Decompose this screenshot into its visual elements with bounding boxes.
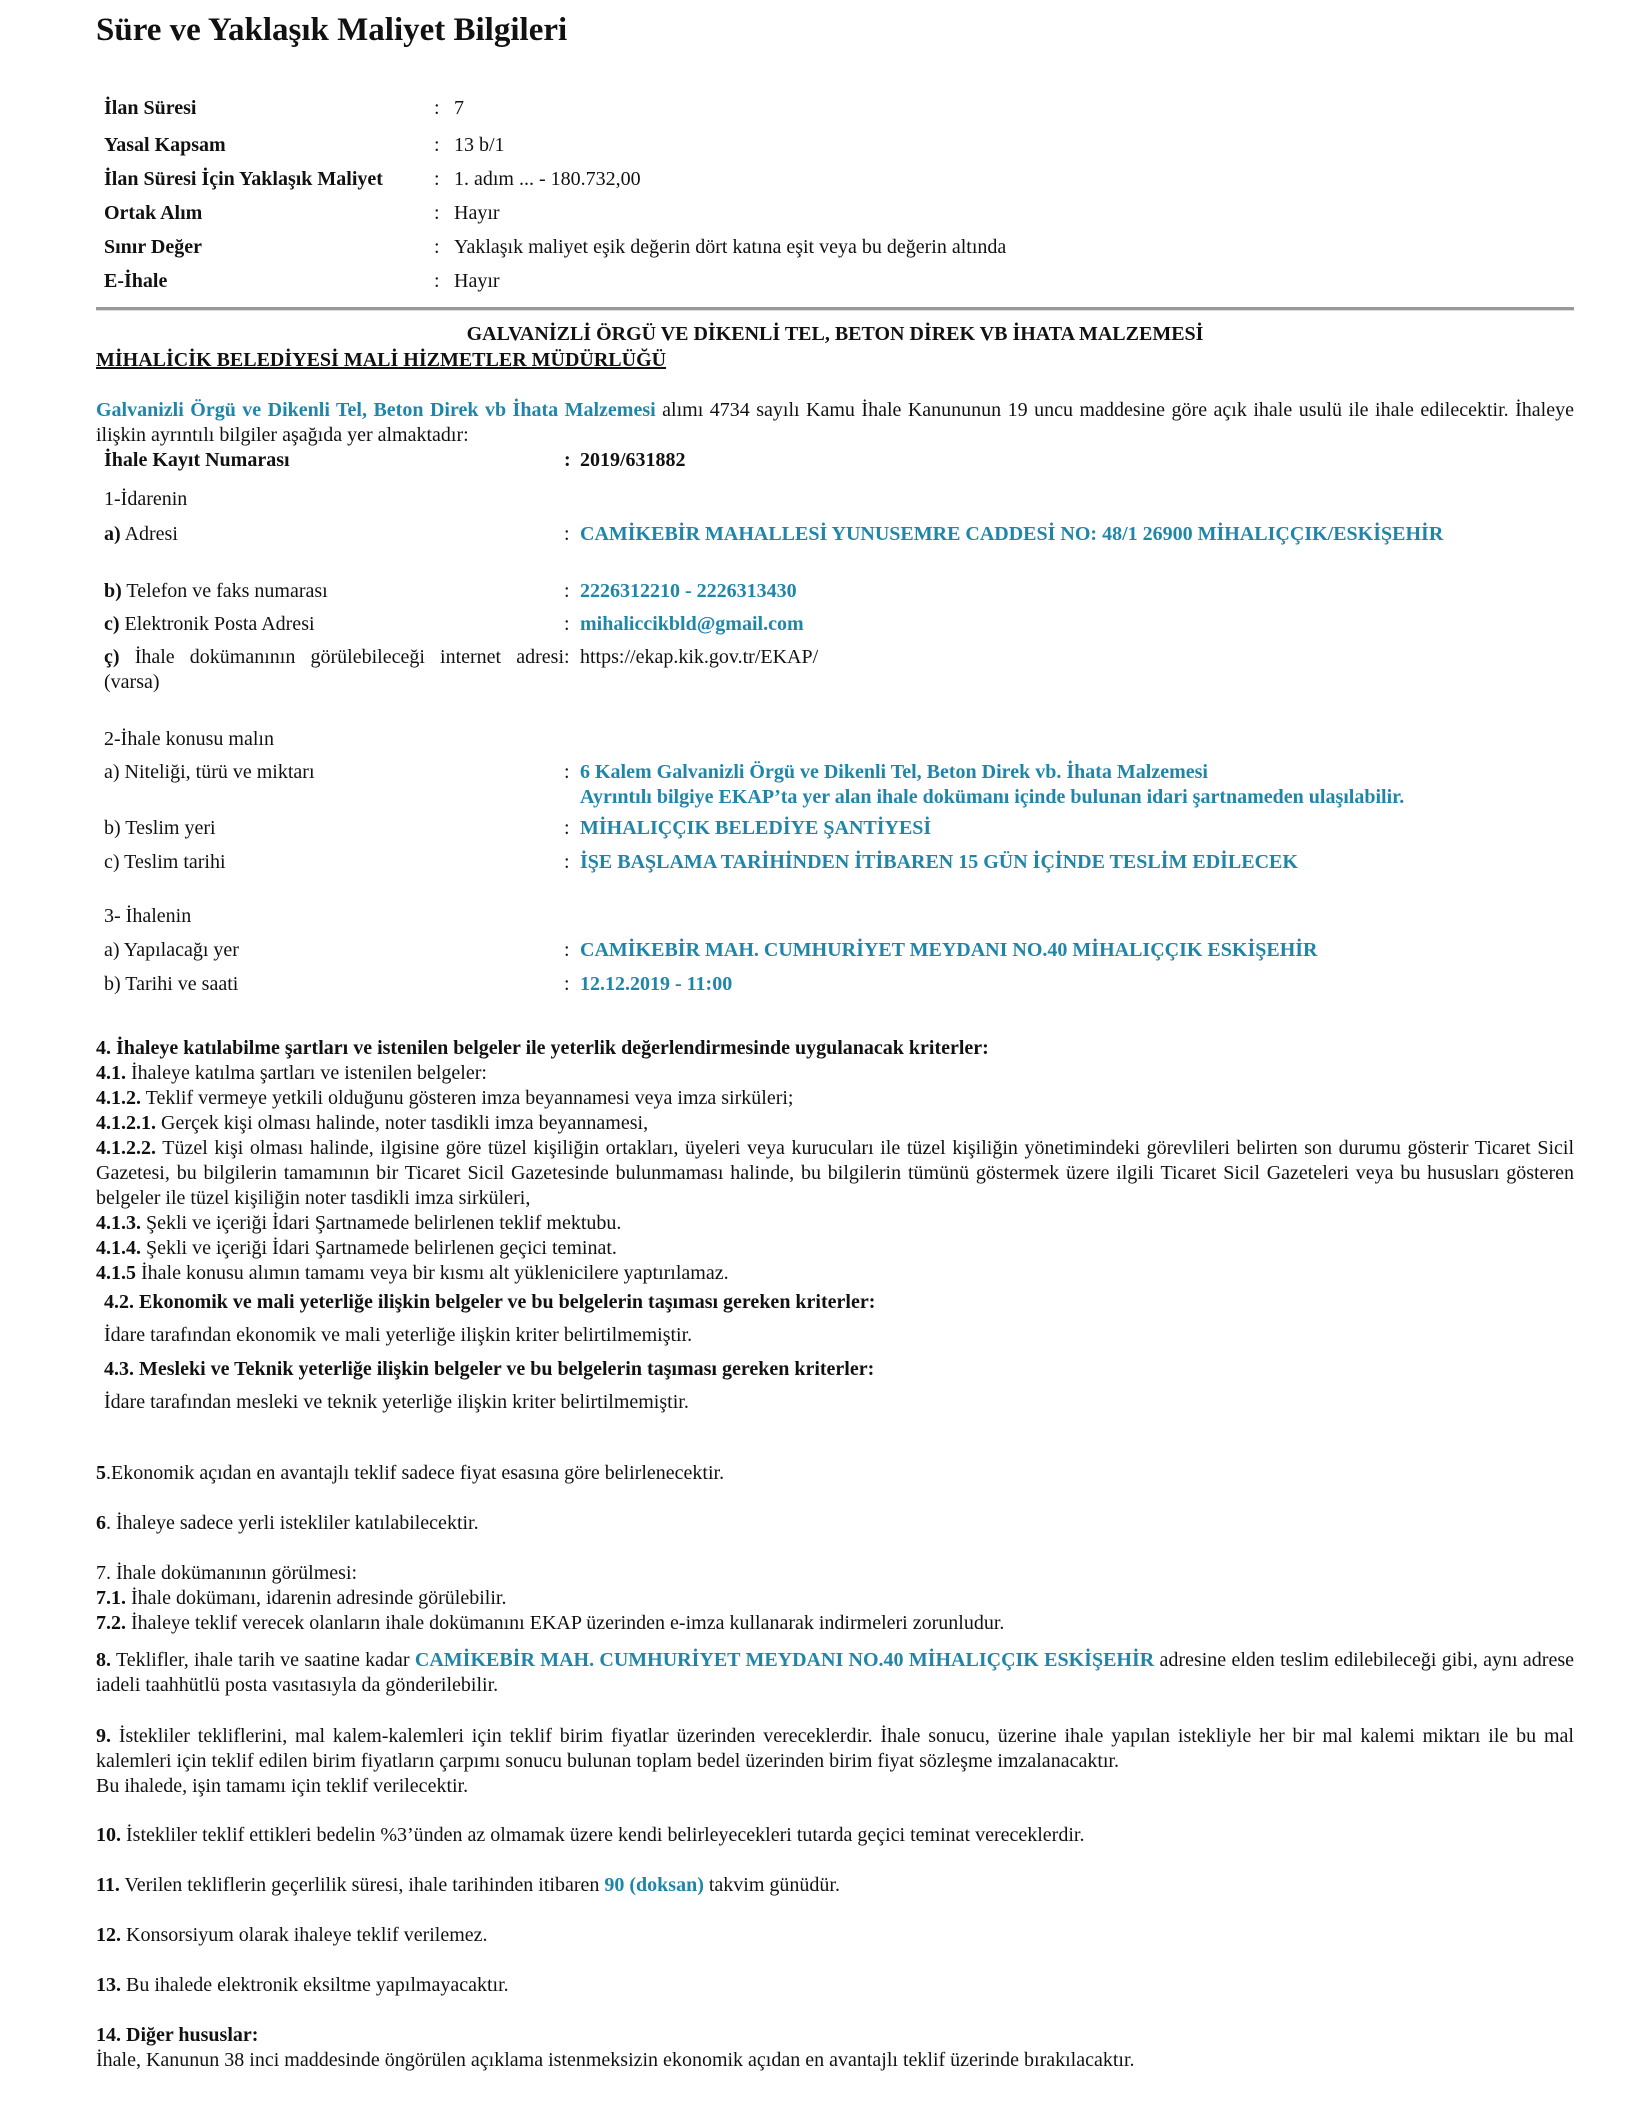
summary-value: Hayır xyxy=(454,270,500,293)
section-7-title: 7. İhale dokümanının görülmesi: xyxy=(96,1561,1574,1586)
delivery-place-label: Teslim yeri xyxy=(121,817,216,839)
summary-label: Ortak Alım xyxy=(104,202,434,225)
section-1-title: 1-İdarenin xyxy=(104,488,187,511)
tender-subject-link[interactable]: Galvanizli Örgü ve Dikenli Tel, Beton Di… xyxy=(96,399,656,421)
summary-label: İlan Süresi xyxy=(104,97,434,120)
section-14-text: İhale, Kanunun 38 inci maddesinde öngörü… xyxy=(96,2048,1574,2073)
section-4-item: 4.1.2.2. Tüzel kişi olması halinde, ilgi… xyxy=(96,1136,1574,1211)
section-14-title: 14. Diğer hususlar: xyxy=(96,2023,1574,2048)
nature-value: 6 Kalem Galvanizli Örgü ve Dikenli Tel, … xyxy=(580,760,1574,810)
phone-row: b) Telefon ve faks numarası : 2226312210… xyxy=(104,579,1574,612)
colon: : xyxy=(434,134,454,157)
address-label: Adresi xyxy=(121,523,178,545)
nature-label: Niteliği, türü ve miktarı xyxy=(120,761,315,783)
section-6: 6. İhaleye sadece yerli istekliler katıl… xyxy=(96,1511,1574,1536)
section-7-item: 7.1. İhale dokümanı, idarenin adresinde … xyxy=(96,1586,1574,1611)
summary-label: E-İhale xyxy=(104,270,434,293)
divider xyxy=(96,307,1574,311)
technical-criteria-title: 4.3. Mesleki ve Teknik yeterliğe ilişkin… xyxy=(96,1357,1574,1382)
section-4-item: 4.1.5 İhale konusu alımın tamamı veya bi… xyxy=(96,1261,1574,1286)
section-4-item: 4.1.2.1. Gerçek kişi olması halinde, not… xyxy=(96,1111,1574,1136)
email-row: c) Elektronik Posta Adresi : mihaliccikb… xyxy=(104,612,1574,645)
summary-label: İlan Süresi İçin Yaklaşık Maliyet xyxy=(104,168,434,191)
datetime-row: b) Tarihi ve saati : 12.12.2019 - 11:00 xyxy=(104,972,1574,997)
address-value: CAMİKEBİR MAHALLESİ YUNUSEMRE CADDESİ NO… xyxy=(580,522,1574,547)
email-link[interactable]: mihaliccikbld@gmail.com xyxy=(580,612,1574,637)
section-13: 13. Bu ihalede elektronik eksiltme yapıl… xyxy=(96,1973,1574,1998)
summary-label: Sınır Değer xyxy=(104,236,434,259)
section-14: 14. Diğer hususlar: İhale, Kanunun 38 in… xyxy=(96,2023,1574,2073)
summary-value: 1. adım ... - 180.732,00 xyxy=(454,168,641,191)
organization-name: MİHALİCİK BELEDİYESİ MALİ HİZMETLER MÜDÜ… xyxy=(96,349,666,372)
section-4: 4. İhaleye katılabilme şartları ve isten… xyxy=(96,1036,1574,1415)
delivery-date-row: c) Teslim tarihi : İŞE BAŞLAMA TARİHİNDE… xyxy=(104,850,1574,875)
section-4-item: 4.1.4. Şekli ve içeriği İdari Şartnamede… xyxy=(96,1236,1574,1261)
section-10: 10. İstekliler teklif ettikleri bedelin … xyxy=(96,1823,1574,1848)
summary-row: Yasal Kapsam : 13 b/1 xyxy=(104,128,1006,162)
colon: : xyxy=(434,97,454,120)
summary-row: Ortak Alım : Hayır xyxy=(104,196,1006,230)
summary-row: İlan Süresi : 7 xyxy=(104,88,1006,128)
summary-value: 7 xyxy=(454,97,464,120)
website-label: İhale dokümanının görülebileceği interne… xyxy=(104,646,564,693)
registration-label: İhale Kayıt Numarası xyxy=(104,448,564,473)
notice-heading: GALVANİZLİ ÖRGÜ VE DİKENLİ TEL, BETON Dİ… xyxy=(96,323,1574,346)
datetime-label: Tarihi ve saati xyxy=(121,973,239,995)
section-8: 8. Teklifler, ihale tarih ve saatine kad… xyxy=(96,1648,1574,1698)
section-5: 5.Ekonomik açıdan en avantajlı teklif sa… xyxy=(96,1461,1574,1486)
summary-value: Yaklaşık maliyet eşik değerin dört katın… xyxy=(454,236,1006,259)
intro-paragraph: Galvanizli Örgü ve Dikenli Tel, Beton Di… xyxy=(96,398,1574,448)
venue-value: CAMİKEBİR MAH. CUMHURİYET MEYDANI NO.40 … xyxy=(580,938,1574,963)
summary-table: İlan Süresi : 7 Yasal Kapsam : 13 b/1 İl… xyxy=(104,88,1006,298)
submission-address: CAMİKEBİR MAH. CUMHURİYET MEYDANI NO.40 … xyxy=(415,1649,1154,1671)
summary-label: Yasal Kapsam xyxy=(104,134,434,157)
registration-number: 2019/631882 xyxy=(580,448,1574,473)
website-link[interactable]: https://ekap.kik.gov.tr/EKAP/ xyxy=(580,645,1574,670)
section-9: 9. İstekliler tekliflerini, mal kalem-ka… xyxy=(96,1724,1574,1799)
section-11: 11. Verilen tekliflerin geçerlilik süres… xyxy=(96,1873,1574,1898)
section-7: 7. İhale dokümanının görülmesi: 7.1. İha… xyxy=(96,1561,1574,1636)
email-label: Elektronik Posta Adresi xyxy=(120,613,315,635)
colon: : xyxy=(564,448,580,473)
summary-value: Hayır xyxy=(454,202,500,225)
venue-label: Yapılacağı yer xyxy=(120,939,239,961)
colon: : xyxy=(434,202,454,225)
section-2-table: a) Niteliği, türü ve miktarı : 6 Kalem G… xyxy=(104,760,1574,875)
summary-row: E-İhale : Hayır xyxy=(104,264,1006,298)
registration-row: İhale Kayıt Numarası : 2019/631882 xyxy=(104,448,1574,473)
nature-row: a) Niteliği, türü ve miktarı : 6 Kalem G… xyxy=(104,760,1574,816)
venue-row: a) Yapılacağı yer : CAMİKEBİR MAH. CUMHU… xyxy=(104,938,1574,972)
economic-criteria-title: 4.2. Ekonomik ve mali yeterliğe ilişkin … xyxy=(96,1290,1574,1315)
website-row: ç) İhale dokümanının görülebileceği inte… xyxy=(104,645,1574,695)
summary-row: İlan Süresi İçin Yaklaşık Maliyet : 1. a… xyxy=(104,162,1006,196)
section-4-item: 4.1. İhaleye katılma şartları ve istenil… xyxy=(96,1061,1574,1086)
section-7-item: 7.2. İhaleye teklif verecek olanların ih… xyxy=(96,1611,1574,1636)
section-4-item: 4.1.2. Teklif vermeye yetkili olduğunu g… xyxy=(96,1086,1574,1111)
colon: : xyxy=(434,270,454,293)
summary-value: 13 b/1 xyxy=(454,134,505,157)
section-2-title: 2-İhale konusu malın xyxy=(104,728,274,751)
page-title: Süre ve Yaklaşık Maliyet Bilgileri xyxy=(96,12,567,49)
section-3-table: a) Yapılacağı yer : CAMİKEBİR MAH. CUMHU… xyxy=(104,938,1574,997)
colon: : xyxy=(434,168,454,191)
economic-criteria-text: İdare tarafından ekonomik ve mali yeterl… xyxy=(96,1323,1574,1348)
phone-value: 2226312210 - 2226313430 xyxy=(580,579,1574,604)
delivery-date-label: Teslim tarihi xyxy=(120,851,226,873)
tender-datetime-value: 12.12.2019 - 11:00 xyxy=(580,972,1574,997)
section-12: 12. Konsorsiyum olarak ihaleye teklif ve… xyxy=(96,1923,1574,1948)
section-4-item: 4.1.3. Şekli ve içeriği İdari Şartnamede… xyxy=(96,1211,1574,1236)
section-4-title: 4. İhaleye katılabilme şartları ve isten… xyxy=(96,1036,1574,1061)
address-row: a) Adresi : CAMİKEBİR MAHALLESİ YUNUSEMR… xyxy=(104,522,1574,579)
technical-criteria-text: İdare tarafından mesleki ve teknik yeter… xyxy=(96,1390,1574,1415)
delivery-place-value: MİHALIÇÇIK BELEDİYE ŞANTİYESİ xyxy=(580,816,1574,841)
validity-period: 90 (doksan) xyxy=(604,1874,703,1896)
section-1-table: a) Adresi : CAMİKEBİR MAHALLESİ YUNUSEMR… xyxy=(104,522,1574,695)
colon: : xyxy=(434,236,454,259)
phone-label: Telefon ve faks numarası xyxy=(122,580,328,602)
delivery-place-row: b) Teslim yeri : MİHALIÇÇIK BELEDİYE ŞAN… xyxy=(104,816,1574,850)
delivery-date-value: İŞE BAŞLAMA TARİHİNDEN İTİBAREN 15 GÜN İ… xyxy=(580,850,1574,875)
section-3-title: 3- İhalenin xyxy=(104,905,191,928)
summary-row: Sınır Değer : Yaklaşık maliyet eşik değe… xyxy=(104,230,1006,264)
